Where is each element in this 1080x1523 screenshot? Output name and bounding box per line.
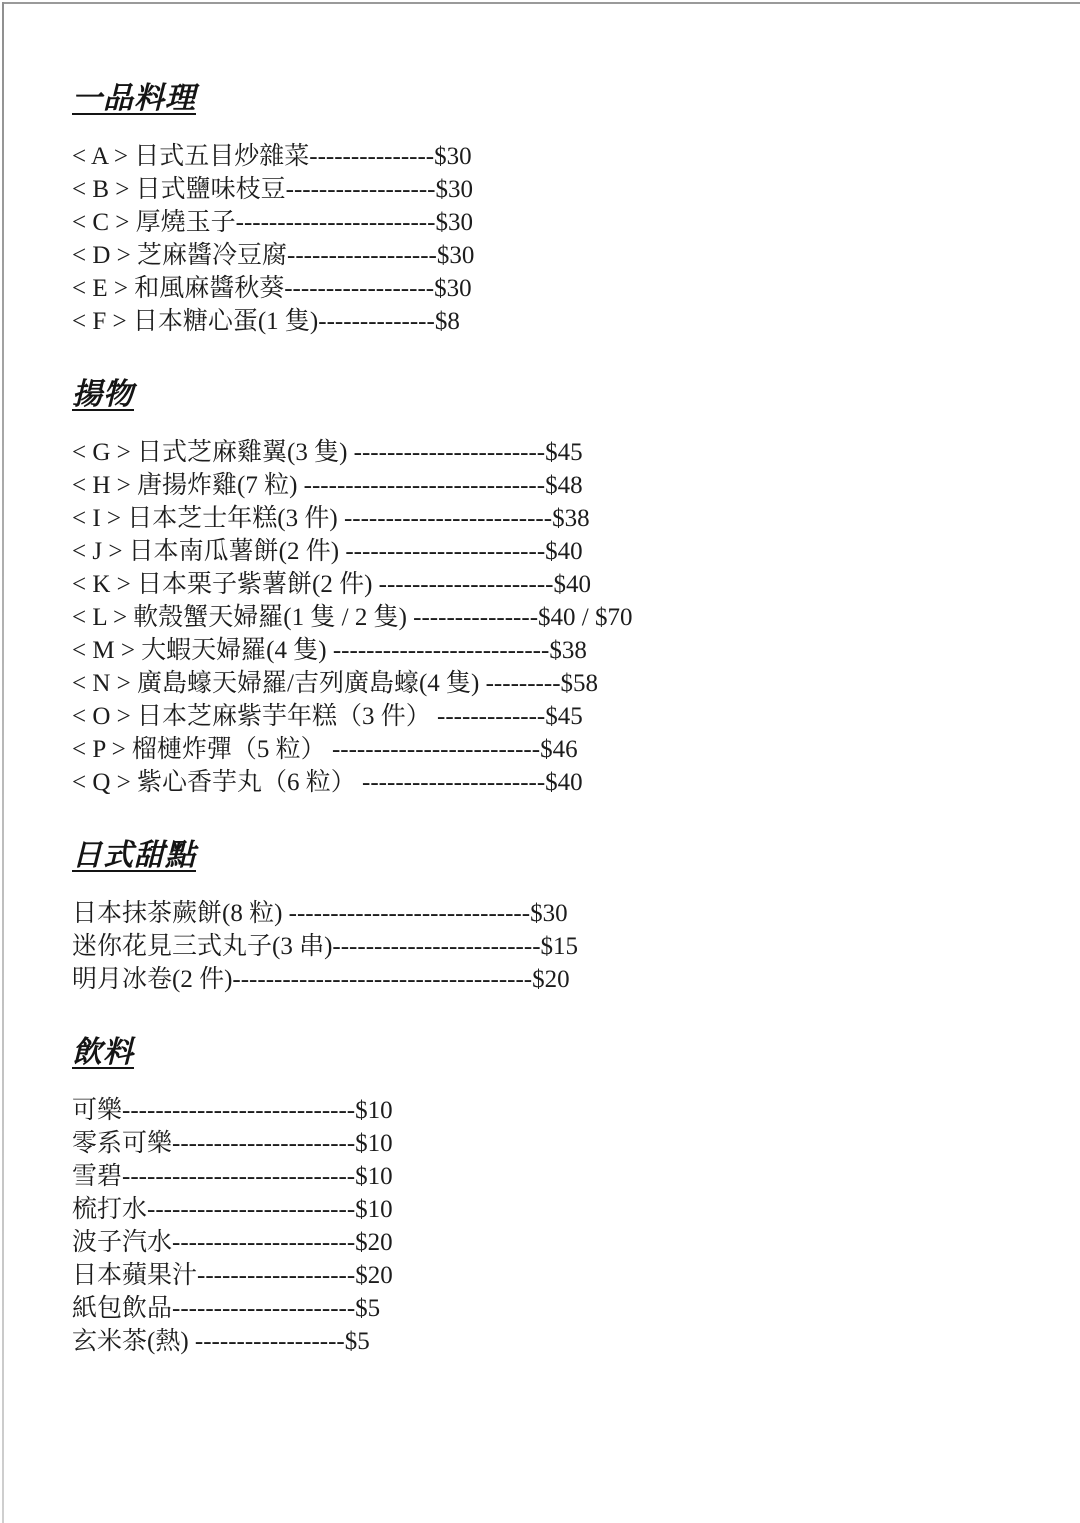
dash-leader: ------------------------- — [332, 933, 540, 960]
menu-item: 日本蘋果汁-------------------$20 — [72, 1259, 1030, 1292]
item-label: < F > 日本糖心蛋(1 隻) — [72, 308, 318, 335]
item-price: $40 — [545, 538, 583, 565]
dash-leader: ---------------------------- — [122, 1163, 355, 1190]
section-items: 日本抹茶蕨餅(8 粒) ----------------------------… — [72, 897, 1030, 996]
item-label: < E > 和風麻醬秋葵 — [72, 275, 284, 302]
item-label: < G > 日式芝麻雞翼(3 隻) — [72, 439, 354, 466]
item-label: < N > 廣島蠔天婦羅/吉列廣島蠔(4 隻) — [72, 670, 486, 697]
menu-item: < B > 日式鹽味枝豆------------------$30 — [72, 173, 1030, 206]
item-price: $38 — [549, 637, 587, 664]
menu-item: < J > 日本南瓜薯餅(2 件) ----------------------… — [72, 535, 1030, 568]
menu-item: < P > 榴槤炸彈（5 粒） ------------------------… — [72, 733, 1030, 766]
item-label: 日本蘋果汁 — [72, 1262, 197, 1289]
menu-item: < A > 日式五目炒雜菜---------------$30 — [72, 140, 1030, 173]
menu-item: < F > 日本糖心蛋(1 隻)--------------$8 — [72, 305, 1030, 338]
item-label: < O > 日本芝麻紫芋年糕（3 件） — [72, 703, 437, 730]
dash-leader: ------------------------- — [332, 736, 540, 763]
dash-leader: ------------------------- — [344, 505, 552, 532]
item-label: 雪碧 — [72, 1163, 122, 1190]
item-label: < J > 日本南瓜薯餅(2 件) — [72, 538, 345, 565]
dash-leader: ------------------ — [195, 1328, 345, 1355]
menu-item: 迷你花見三式丸子(3 串)-------------------------$1… — [72, 930, 1030, 963]
scan-edge-left — [2, 2, 4, 1523]
dash-leader: ---------------------------- — [122, 1097, 355, 1124]
item-price: $30 — [435, 176, 473, 203]
scan-edge-top — [2, 2, 1080, 4]
section-title: 飲料 — [72, 1034, 134, 1072]
dash-leader: ----------------------- — [354, 439, 545, 466]
section-title: 揚物 — [72, 376, 134, 414]
item-price: $20 — [355, 1229, 393, 1256]
item-price: $45 — [545, 703, 583, 730]
menu-item: 零系可樂----------------------$10 — [72, 1127, 1030, 1160]
item-price: $10 — [355, 1163, 393, 1190]
dash-leader: --------------- — [413, 604, 538, 631]
menu-item: < H > 唐揚炸雞(7 粒) ------------------------… — [72, 469, 1030, 502]
menu-item: 紙包飲品----------------------$5 — [72, 1292, 1030, 1325]
section-title: 一品料理 — [72, 80, 196, 118]
item-price: $10 — [355, 1097, 393, 1124]
menu-item: < K > 日本栗子紫薯餅(2 件) ---------------------… — [72, 568, 1030, 601]
menu-item: < Q > 紫心香芋丸（6 粒） ----------------------$… — [72, 766, 1030, 799]
section-items: 可樂----------------------------$10零系可樂---… — [72, 1094, 1030, 1358]
item-price: $20 — [355, 1262, 393, 1289]
menu-item: < D > 芝麻醬冷豆腐------------------$30 — [72, 239, 1030, 272]
item-label: < L > 軟殼蟹天婦羅(1 隻 / 2 隻) — [72, 604, 413, 631]
menu-section: 一品料理< A > 日式五目炒雜菜---------------$30< B >… — [72, 80, 1030, 338]
item-label: < B > 日式鹽味枝豆 — [72, 176, 286, 203]
dash-leader: ------------------------ — [236, 209, 436, 236]
item-label: 玄米茶(熱) — [72, 1328, 195, 1355]
item-price: $40 — [554, 571, 592, 598]
item-label: < A > 日式五目炒雜菜 — [72, 143, 309, 170]
item-price: $40 — [545, 769, 583, 796]
menu-item: < O > 日本芝麻紫芋年糕（3 件） -------------$45 — [72, 700, 1030, 733]
dash-leader: -------------- — [318, 308, 435, 335]
item-price: $10 — [355, 1196, 393, 1223]
dash-leader: --------- — [486, 670, 561, 697]
dash-leader: ------------------- — [197, 1262, 355, 1289]
section-items: < A > 日式五目炒雜菜---------------$30< B > 日式鹽… — [72, 140, 1030, 338]
item-price: $46 — [540, 736, 578, 763]
item-price: $30 — [437, 242, 475, 269]
dash-leader: ------------------ — [287, 242, 437, 269]
section-title: 日式甜點 — [72, 837, 196, 875]
item-price: $45 — [545, 439, 583, 466]
dash-leader: ------------------ — [284, 275, 434, 302]
item-price: $30 — [530, 900, 568, 927]
menu-item: < N > 廣島蠔天婦羅/吉列廣島蠔(4 隻) ---------$58 — [72, 667, 1030, 700]
menu-item: < I > 日本芝士年糕(3 件) ----------------------… — [72, 502, 1030, 535]
menu-page: 一品料理< A > 日式五目炒雜菜---------------$30< B >… — [0, 0, 1080, 1358]
item-label: 梳打水 — [72, 1196, 147, 1223]
menu-item: 波子汽水----------------------$20 — [72, 1226, 1030, 1259]
item-label: 波子汽水 — [72, 1229, 172, 1256]
item-label: 紙包飲品 — [72, 1295, 172, 1322]
item-label: < M > 大蝦天婦羅(4 隻) — [72, 637, 333, 664]
item-price: $40 / $70 — [538, 604, 632, 631]
dash-leader: ----------------------------- — [289, 900, 530, 927]
dash-leader: -------------------------- — [333, 637, 549, 664]
dash-leader: --------------- — [309, 143, 434, 170]
item-price: $5 — [355, 1295, 380, 1322]
item-label: 迷你花見三式丸子(3 串) — [72, 933, 332, 960]
item-price: $10 — [355, 1130, 393, 1157]
dash-leader: ---------------------- — [172, 1130, 355, 1157]
menu-item: < M > 大蝦天婦羅(4 隻) -----------------------… — [72, 634, 1030, 667]
dash-leader: ------------------------ — [345, 538, 545, 565]
item-label: 零系可樂 — [72, 1130, 172, 1157]
menu-section: 飲料可樂----------------------------$10零系可樂-… — [72, 1034, 1030, 1358]
item-label: 可樂 — [72, 1097, 122, 1124]
item-label: 明月冰卷(2 件) — [72, 966, 232, 993]
dash-leader: ---------------------- — [362, 769, 545, 796]
menu-item: 玄米茶(熱) ------------------$5 — [72, 1325, 1030, 1358]
menu-item: < L > 軟殼蟹天婦羅(1 隻 / 2 隻) ---------------$… — [72, 601, 1030, 634]
dash-leader: ------------------ — [286, 176, 436, 203]
dash-leader: ------------------------------------ — [232, 966, 532, 993]
menu-section: 揚物< G > 日式芝麻雞翼(3 隻) --------------------… — [72, 376, 1030, 799]
item-price: $38 — [552, 505, 590, 532]
item-label: < P > 榴槤炸彈（5 粒） — [72, 736, 332, 763]
item-price: $15 — [541, 933, 579, 960]
item-label: < Q > 紫心香芋丸（6 粒） — [72, 769, 362, 796]
menu-item: 雪碧----------------------------$10 — [72, 1160, 1030, 1193]
section-items: < G > 日式芝麻雞翼(3 隻) ----------------------… — [72, 436, 1030, 799]
item-price: $5 — [345, 1328, 370, 1355]
dash-leader: ---------------------- — [172, 1295, 355, 1322]
menu-item: 梳打水-------------------------$10 — [72, 1193, 1030, 1226]
menu-item: 日本抹茶蕨餅(8 粒) ----------------------------… — [72, 897, 1030, 930]
item-price: $8 — [435, 308, 460, 335]
menu-section: 日式甜點日本抹茶蕨餅(8 粒) ------------------------… — [72, 837, 1030, 996]
item-price: $30 — [435, 209, 473, 236]
menu-item: < C > 厚燒玉子------------------------$30 — [72, 206, 1030, 239]
dash-leader: --------------------- — [379, 571, 554, 598]
item-price: $30 — [434, 275, 472, 302]
dash-leader: ------------- — [437, 703, 545, 730]
item-label: < H > 唐揚炸雞(7 粒) — [72, 472, 304, 499]
dash-leader: ------------------------- — [147, 1196, 355, 1223]
item-label: < D > 芝麻醬冷豆腐 — [72, 242, 287, 269]
item-label: < I > 日本芝士年糕(3 件) — [72, 505, 344, 532]
item-price: $48 — [545, 472, 583, 499]
item-label: < K > 日本栗子紫薯餅(2 件) — [72, 571, 379, 598]
menu-item: < G > 日式芝麻雞翼(3 隻) ----------------------… — [72, 436, 1030, 469]
menu-item: 明月冰卷(2 件)-------------------------------… — [72, 963, 1030, 996]
item-label: 日本抹茶蕨餅(8 粒) — [72, 900, 289, 927]
menu-item: < E > 和風麻醬秋葵------------------$30 — [72, 272, 1030, 305]
item-label: < C > 厚燒玉子 — [72, 209, 236, 236]
dash-leader: ----------------------------- — [304, 472, 545, 499]
menu-item: 可樂----------------------------$10 — [72, 1094, 1030, 1127]
item-price: $30 — [434, 143, 472, 170]
dash-leader: ---------------------- — [172, 1229, 355, 1256]
item-price: $20 — [532, 966, 570, 993]
item-price: $58 — [561, 670, 599, 697]
